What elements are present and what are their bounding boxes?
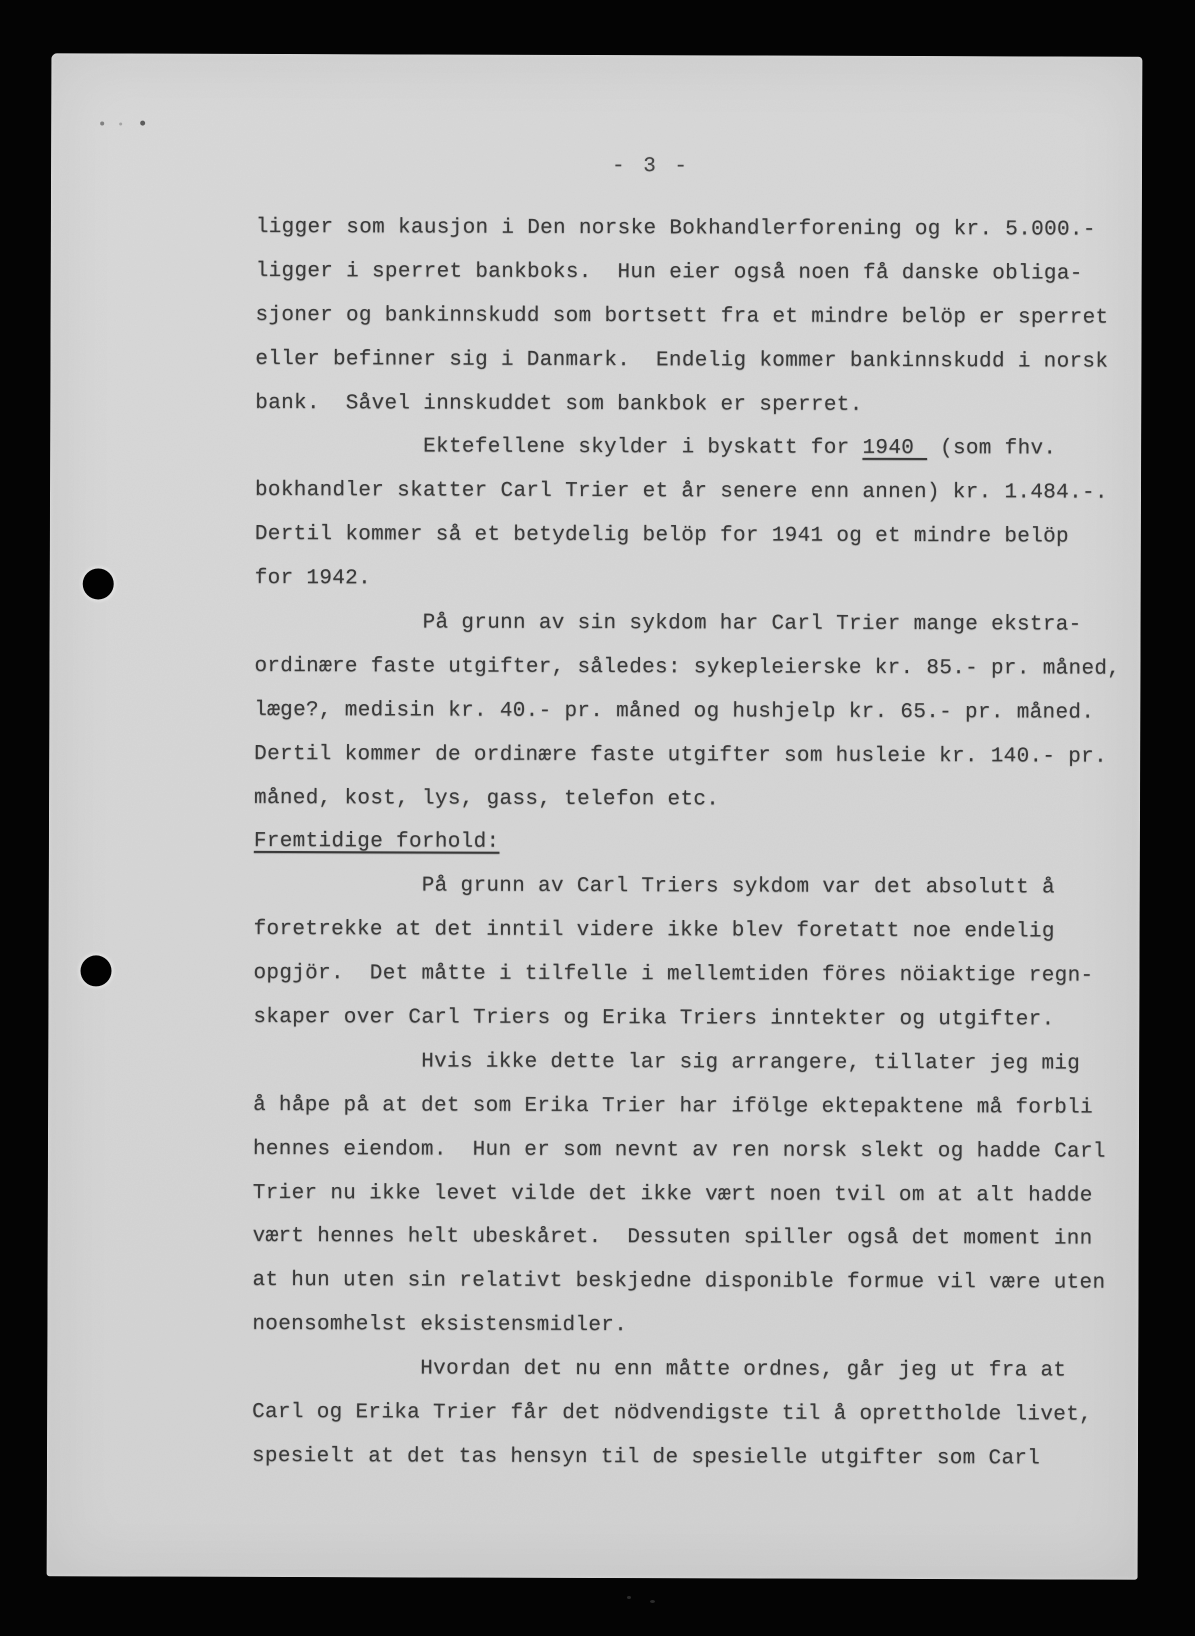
document-line: Trier nu ikke levet vilde det ikke vært …	[253, 1172, 1119, 1219]
document-line: ligger som kausjon i Den norske Bokhandl…	[256, 206, 1122, 253]
hole-punch-bottom	[80, 955, 111, 986]
scanner-dust-speck	[627, 1596, 631, 1599]
document-line: På grunn av Carl Triers sykdom var det a…	[254, 864, 1120, 911]
document-line: sjoner og bankinnskudd som bortsett fra …	[256, 294, 1122, 341]
ink-speck	[100, 121, 104, 125]
ink-speck	[119, 123, 122, 126]
document-line: måned, kost, lys, gass, telefon etc.	[254, 777, 1120, 824]
document-line: spesielt at det tas hensyn til de spesie…	[252, 1435, 1118, 1482]
document-line: å håpe på at det som Erika Trier har ifö…	[253, 1084, 1119, 1131]
document-line: På grunn av sin sykdom har Carl Trier ma…	[255, 601, 1121, 648]
document-line: Fremtidige forhold:	[254, 820, 1120, 867]
document-line: Dertil kommer de ordinære faste utgifter…	[254, 733, 1120, 780]
hole-punch-top	[83, 568, 114, 599]
document-line: læge?, medisin kr. 40.- pr. måned og hus…	[254, 689, 1120, 736]
document-line: Carl og Erika Trier får det nödvendigste…	[252, 1391, 1118, 1438]
document-line: at hun uten sin relativt beskjedne dispo…	[252, 1259, 1118, 1306]
document-line: vært hennes helt ubeskåret. Dessuten spi…	[253, 1215, 1119, 1262]
document-line: Hvis ikke dette lar sig arrangere, tilla…	[253, 1040, 1119, 1087]
document-line: hennes eiendom. Hun er som nevnt av ren …	[253, 1128, 1119, 1175]
document-line: Hvordan det nu enn måtte ordnes, går jeg…	[252, 1347, 1118, 1394]
document-line: bokhandler skatter Carl Trier et år sene…	[255, 469, 1121, 516]
document-line: opgjör. Det måtte i tilfelle i mellemtid…	[253, 952, 1119, 999]
scanned-page: - 3 - ligger som kausjon i Den norske Bo…	[47, 53, 1143, 1579]
page-number: - 3 -	[612, 155, 690, 178]
document-line: ordinære faste utgifter, således: sykepl…	[254, 645, 1120, 692]
document-line: ligger i sperret bankboks. Hun eier også…	[256, 250, 1122, 297]
document-line: noensomhelst eksistensmidler.	[252, 1303, 1118, 1350]
document-line: Ektefellene skylder i byskatt for 1940 (…	[255, 425, 1121, 472]
document-line: eller befinner sig i Danmark. Endelig ko…	[255, 338, 1121, 385]
document-line: skaper over Carl Triers og Erika Triers …	[253, 996, 1119, 1043]
document-line: Dertil kommer så et betydelig belöp for …	[255, 513, 1121, 560]
document-line: foretrekke at det inntil videre ikke ble…	[254, 908, 1120, 955]
scanner-dust-speck	[650, 1600, 655, 1603]
document-line: for 1942.	[255, 557, 1121, 604]
document-line: bank. Såvel innskuddet som bankbok er sp…	[255, 381, 1121, 428]
document-text-block: ligger som kausjon i Den norske Bokhandl…	[252, 206, 1122, 1482]
ink-speck	[140, 121, 145, 126]
